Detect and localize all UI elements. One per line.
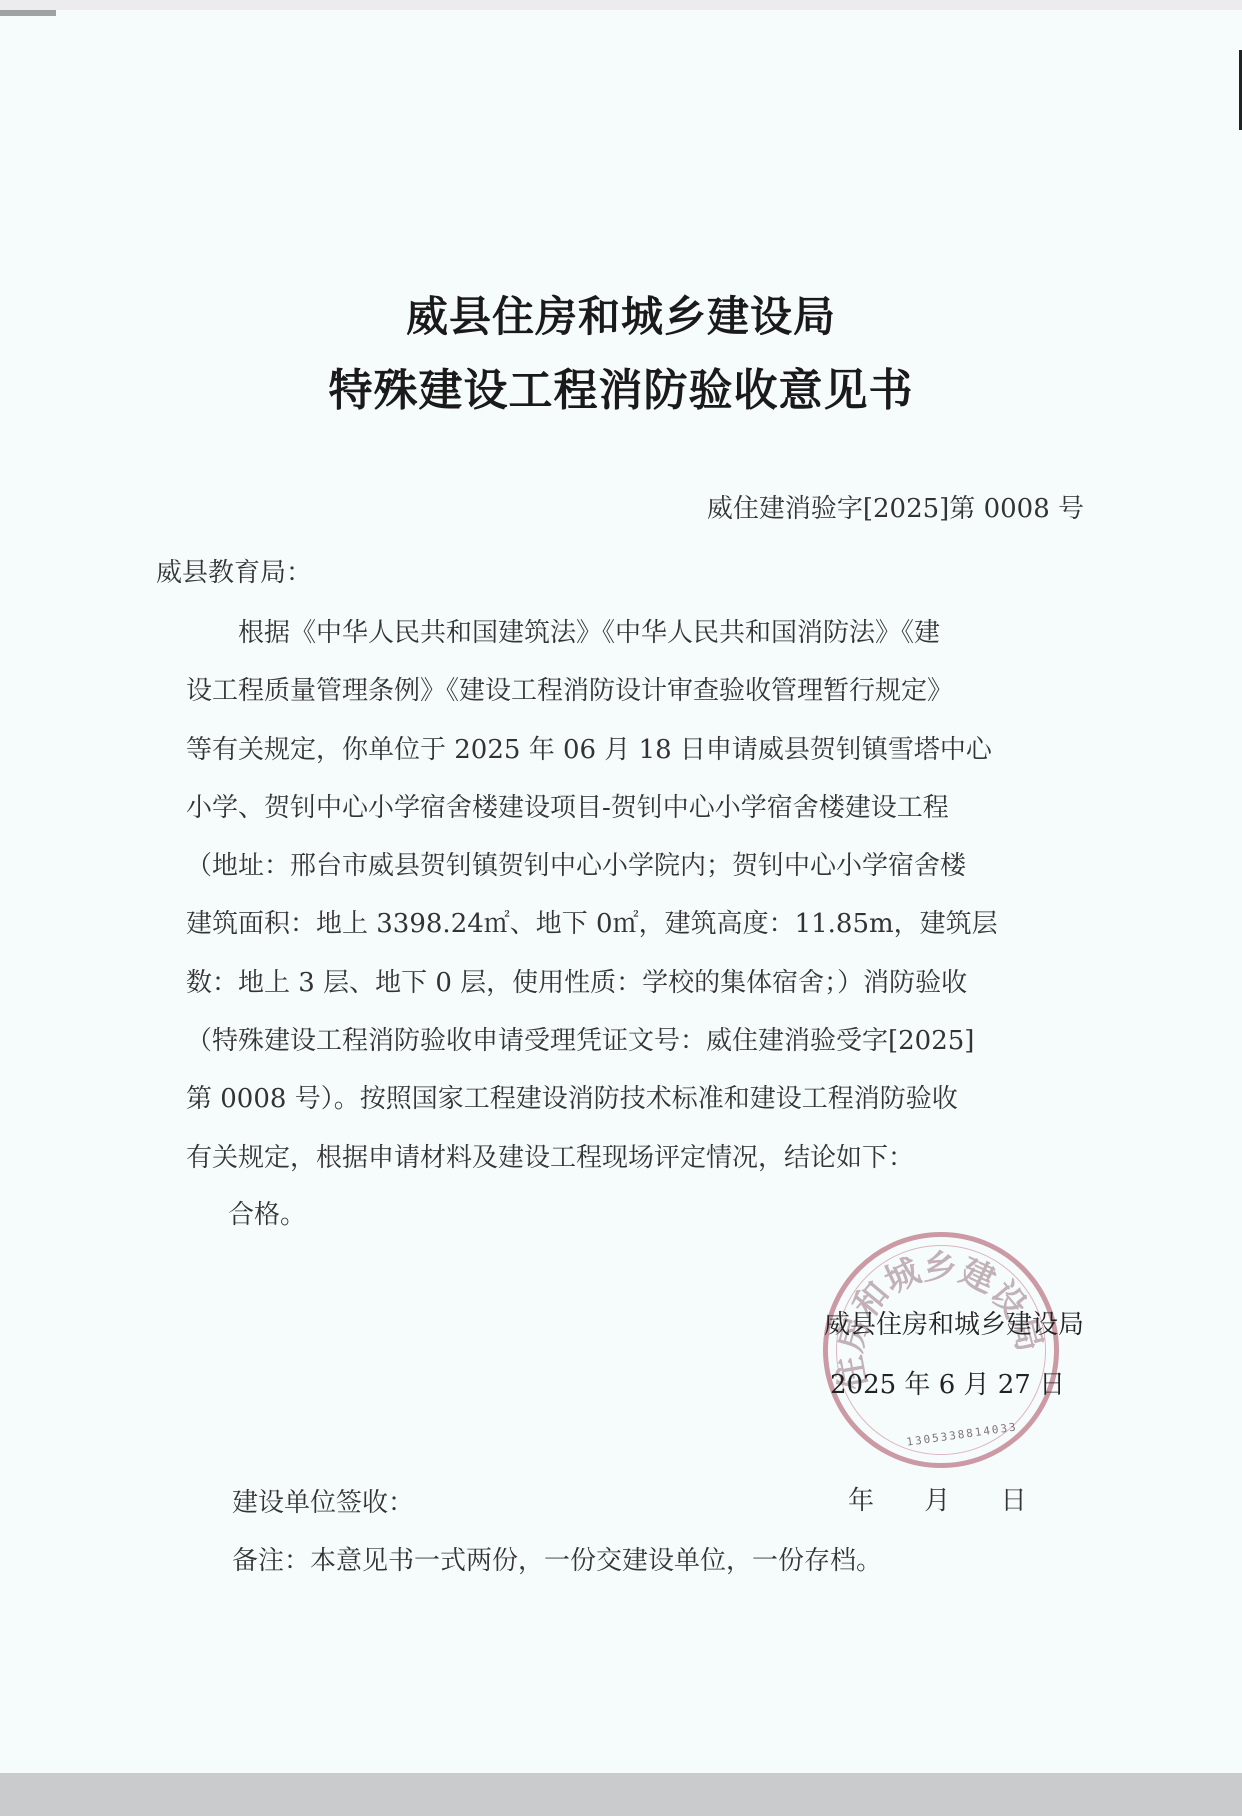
day-label: 日	[1001, 1480, 1027, 1517]
document-title: 特殊建设工程消防验收意见书	[0, 354, 1242, 418]
remarks: 备注：本意见书一式两份，一份交建设单位，一份存档。	[232, 1540, 882, 1577]
document-body: 根据《中华人民共和国建筑法》《中华人民共和国消防法》《建 设工程质量管理条例》《…	[186, 604, 1066, 1187]
issuer-title: 威县住房和城乡建设局	[0, 284, 1242, 344]
body-line: 根据《中华人民共和国建筑法》《中华人民共和国消防法》《建	[186, 604, 1066, 662]
signature-date: 年 月 日	[848, 1480, 1069, 1517]
body-line: 等有关规定，你单位于 2025 年 06 月 18 日申请威县贺钊镇雪塔中心	[186, 721, 1066, 779]
bottom-edge-band	[0, 1773, 1242, 1816]
body-line: （特殊建设工程消防验收申请受理凭证文号：威住建消验受字[2025]	[186, 1012, 1066, 1070]
year-label: 年	[848, 1480, 874, 1517]
document-number: 威住建消验字[2025]第 0008 号	[707, 488, 1084, 525]
body-line: 数：地上 3 层、地下 0 层，使用性质：学校的集体宿舍；）消防验收	[186, 954, 1066, 1012]
issue-date: 2025 年 6 月 27 日	[830, 1364, 1065, 1401]
signature-label: 建设单位签收：	[232, 1482, 414, 1519]
body-line: 建筑面积：地上 3398.24㎡、地下 0㎡，建筑高度：11.85m，建筑层	[186, 895, 1066, 953]
recipient: 威县教育局：	[156, 552, 312, 589]
body-line: 设工程质量管理条例》《建设工程消防设计审查验收管理暂行规定》	[186, 662, 1066, 720]
official-seal: 住房和城乡建设局 1305338814033	[823, 1232, 1059, 1468]
body-line: 有关规定，根据申请材料及建设工程现场评定情况，结论如下：	[186, 1129, 1066, 1187]
conclusion: 合格。	[228, 1194, 306, 1231]
body-line: 第 0008 号）。按照国家工程建设消防技术标准和建设工程消防验收	[186, 1070, 1066, 1128]
body-line: 小学、贺钊中心小学宿舍楼建设项目-贺钊中心小学宿舍楼建设工程	[186, 779, 1066, 837]
seal-arc-text: 住房和城乡建设局	[828, 1237, 1054, 1463]
body-line: （地址：邢台市威县贺钊镇贺钊中心小学院内；贺钊中心小学宿舍楼	[186, 837, 1066, 895]
issuer-signature: 威县住房和城乡建设局	[824, 1304, 1084, 1341]
top-edge-band	[0, 0, 1242, 10]
month-label: 月	[924, 1480, 950, 1517]
